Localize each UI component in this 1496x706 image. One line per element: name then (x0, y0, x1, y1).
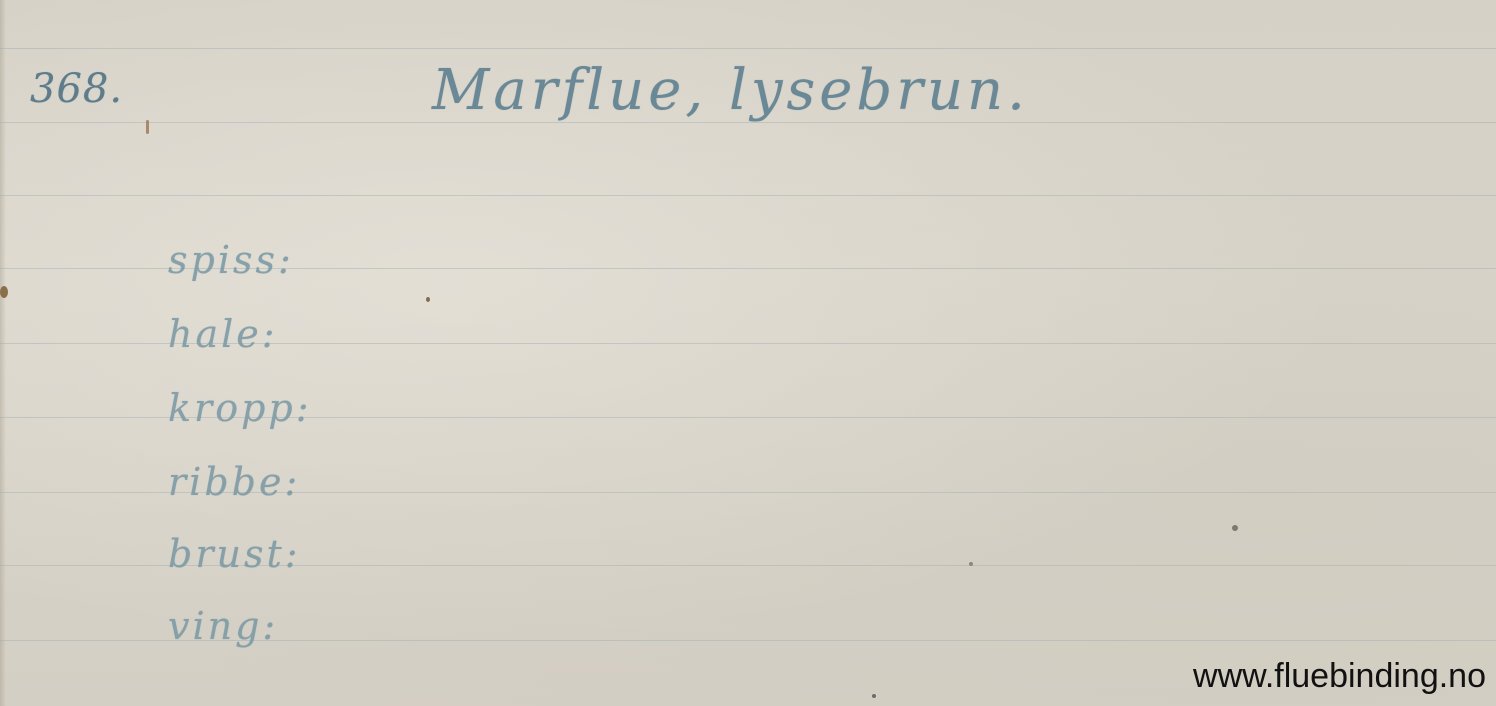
field-label-kropp: kropp: (168, 386, 312, 430)
paper-speck (969, 562, 973, 566)
paper-speck (1232, 525, 1238, 531)
paper-speck (872, 694, 876, 698)
paper-stain (146, 120, 149, 134)
ruled-line (0, 195, 1496, 196)
field-label-brust: brust: (168, 532, 301, 576)
field-label-ving: ving: (168, 604, 278, 648)
page-edge-shadow (0, 0, 6, 706)
entry-title: Marflue, lysebrun. (432, 58, 1029, 123)
entry-number: 368. (30, 66, 123, 112)
notebook-page: 368. Marflue, lysebrun. spiss: hale: kro… (0, 0, 1496, 706)
field-label-spiss: spiss: (168, 238, 294, 282)
field-label-hale: hale: (168, 312, 278, 356)
ruled-line (0, 48, 1496, 49)
website-watermark: www.fluebinding.no (1193, 657, 1486, 696)
paper-speck (426, 297, 430, 302)
paper-stain (0, 286, 8, 298)
field-label-ribbe: ribbe: (168, 460, 300, 504)
